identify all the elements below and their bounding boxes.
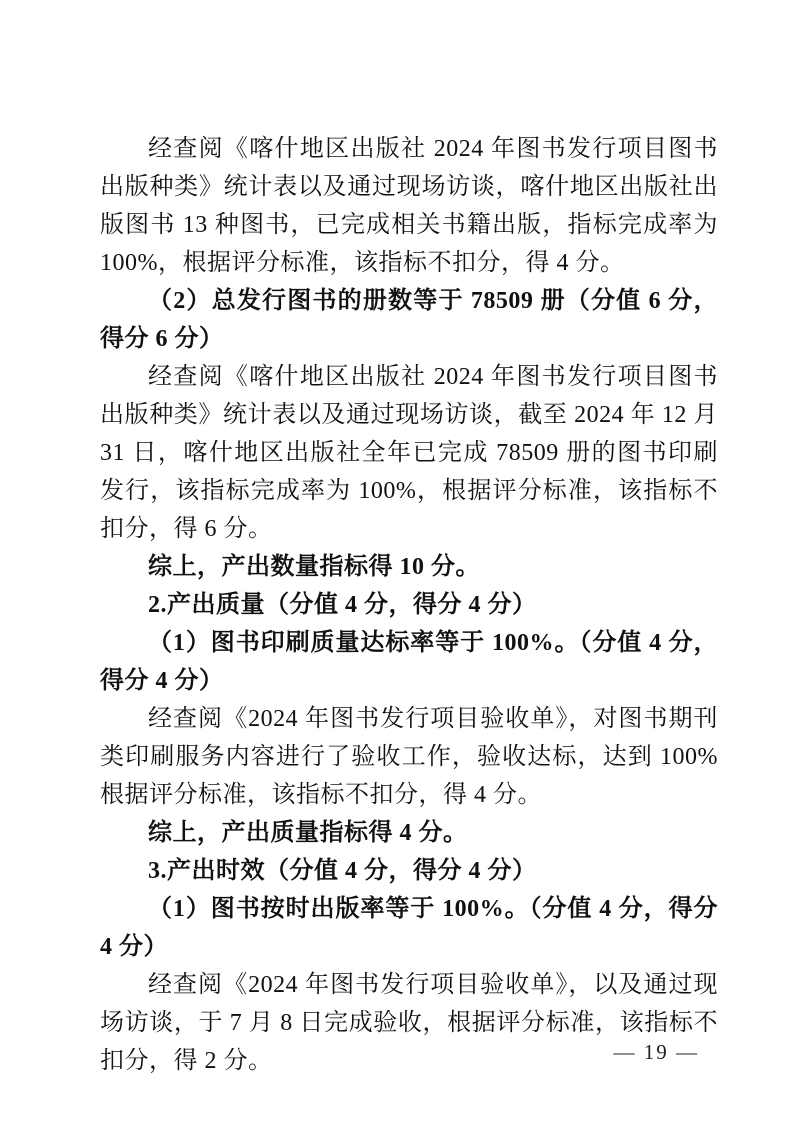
section-heading: （1）图书按时出版率等于 100%。（分值 4 分，得分 4 分） — [100, 890, 718, 966]
section-heading: 3.产出时效（分值 4 分，得分 4 分） — [100, 852, 718, 890]
section-heading: （2）总发行图书的册数等于 78509 册（分值 6 分，得分 6 分） — [100, 282, 718, 358]
section-heading: 综上，产出质量指标得 4 分。 — [100, 814, 718, 852]
paragraph: 经查阅《2024 年图书发行项目验收单》，对图书期刊类印刷服务内容进行了验收工作… — [100, 700, 718, 814]
document-page: 经查阅《喀什地区出版社 2024 年图书发行项目图书出版种类》统计表以及通过现场… — [0, 0, 793, 1122]
page-number-text: — 19 — — [614, 1040, 700, 1064]
section-heading: （1）图书印刷质量达标率等于 100%。（分值 4 分，得分 4 分） — [100, 624, 718, 700]
section-heading: 2.产出质量（分值 4 分，得分 4 分） — [100, 586, 718, 624]
page-number: — 19 — — [614, 1040, 700, 1065]
section-heading: 综上，产出数量指标得 10 分。 — [100, 548, 718, 586]
paragraph: 经查阅《喀什地区出版社 2024 年图书发行项目图书出版种类》统计表以及通过现场… — [100, 130, 718, 282]
document-body: 经查阅《喀什地区出版社 2024 年图书发行项目图书出版种类》统计表以及通过现场… — [100, 130, 718, 1080]
paragraph: 经查阅《喀什地区出版社 2024 年图书发行项目图书出版种类》统计表以及通过现场… — [100, 358, 718, 548]
